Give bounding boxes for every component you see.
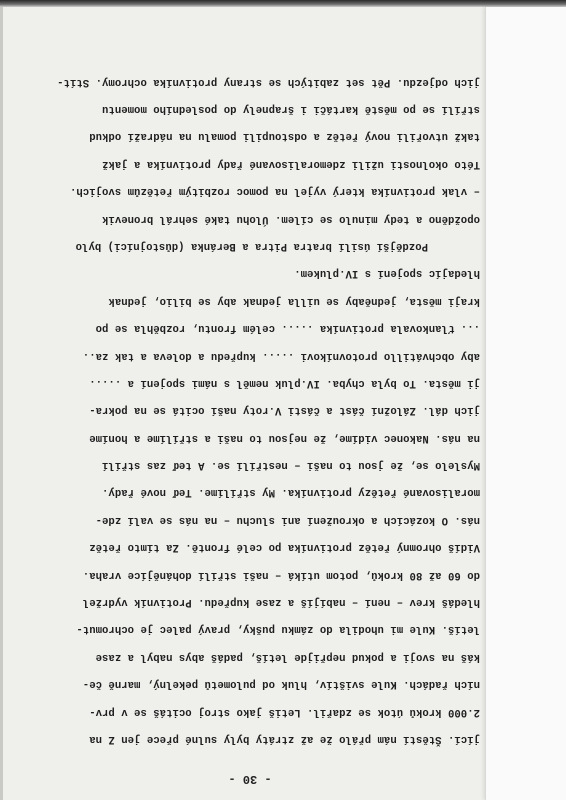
text-line: takž utvořili nový řetěz a odstoupili po…: [10, 122, 480, 149]
text-line: káš na svoji a pokud nepřijde letíš, pad…: [10, 642, 480, 669]
typewritten-page: - 30 - jící. Štěstí nám přálo že až ztrá…: [0, 0, 566, 800]
text-line: Myslelo se, že jsou to naši – nestřílí s…: [10, 451, 480, 478]
text-line: do 60 až 80 kroků, potom utíká – naši st…: [10, 560, 480, 587]
text-line: kraji města, jedněaby se uilla jednak ab…: [10, 286, 480, 313]
text-line: jich odjezdu. Pět set zabitých se strany…: [10, 67, 480, 94]
text-line: – vlak protivníka který vyjel na pomoc r…: [10, 177, 480, 204]
text-line: hledajíc spojení s IV.plukem.: [10, 259, 480, 286]
text-line: Vidíš ohromný řetěz protivníka po celé f…: [10, 533, 480, 560]
text-line: jící. Štěstí nám přálo že až ztráty byly…: [10, 725, 480, 752]
text-line: opožděno a tedy minulo se cílem. Úlohu t…: [10, 204, 480, 231]
text-line: ji města. To byla chyba. IV.pluk neměl s…: [10, 369, 480, 396]
text-line: 2.000 kroků útok se zdařil. Letiš jako s…: [10, 697, 480, 724]
text-line: ... ťlankovala protivníka ..... celém fr…: [10, 314, 480, 341]
text-line: moralisované řetězy protivníka. My stříl…: [10, 478, 480, 505]
page-content: - 30 - jící. Štěstí nám přálo že až ztrá…: [10, 67, 480, 792]
page-number: - 30 -: [10, 766, 490, 792]
text-line: aby obchvátillo protovníkovi ..... kupře…: [10, 341, 480, 368]
text-line: letíš. Kule mi uhodila do zámku pušky, p…: [10, 615, 480, 642]
text-line: Pozdější úsilí bratra Pitra a Beránka (d…: [10, 232, 480, 259]
text-line: nás. O kozácích a okroužení ani sluchu –…: [10, 505, 480, 532]
text-line: Této okolnosti užili zdemoralisované řad…: [10, 149, 480, 176]
text-line: ních řadách. Kule svištív, hluk od pulom…: [10, 670, 480, 697]
text-line: hledáš krev – není – nabíjíš a zase kupř…: [10, 588, 480, 615]
text-line: střílí se po městě kartáči i šrapnely do…: [10, 95, 480, 122]
text-line: na nás. Nakonec vidíme, že nejsou to naš…: [10, 423, 480, 450]
text-line: jich dál. Záložní část a části V.roty na…: [10, 396, 480, 423]
